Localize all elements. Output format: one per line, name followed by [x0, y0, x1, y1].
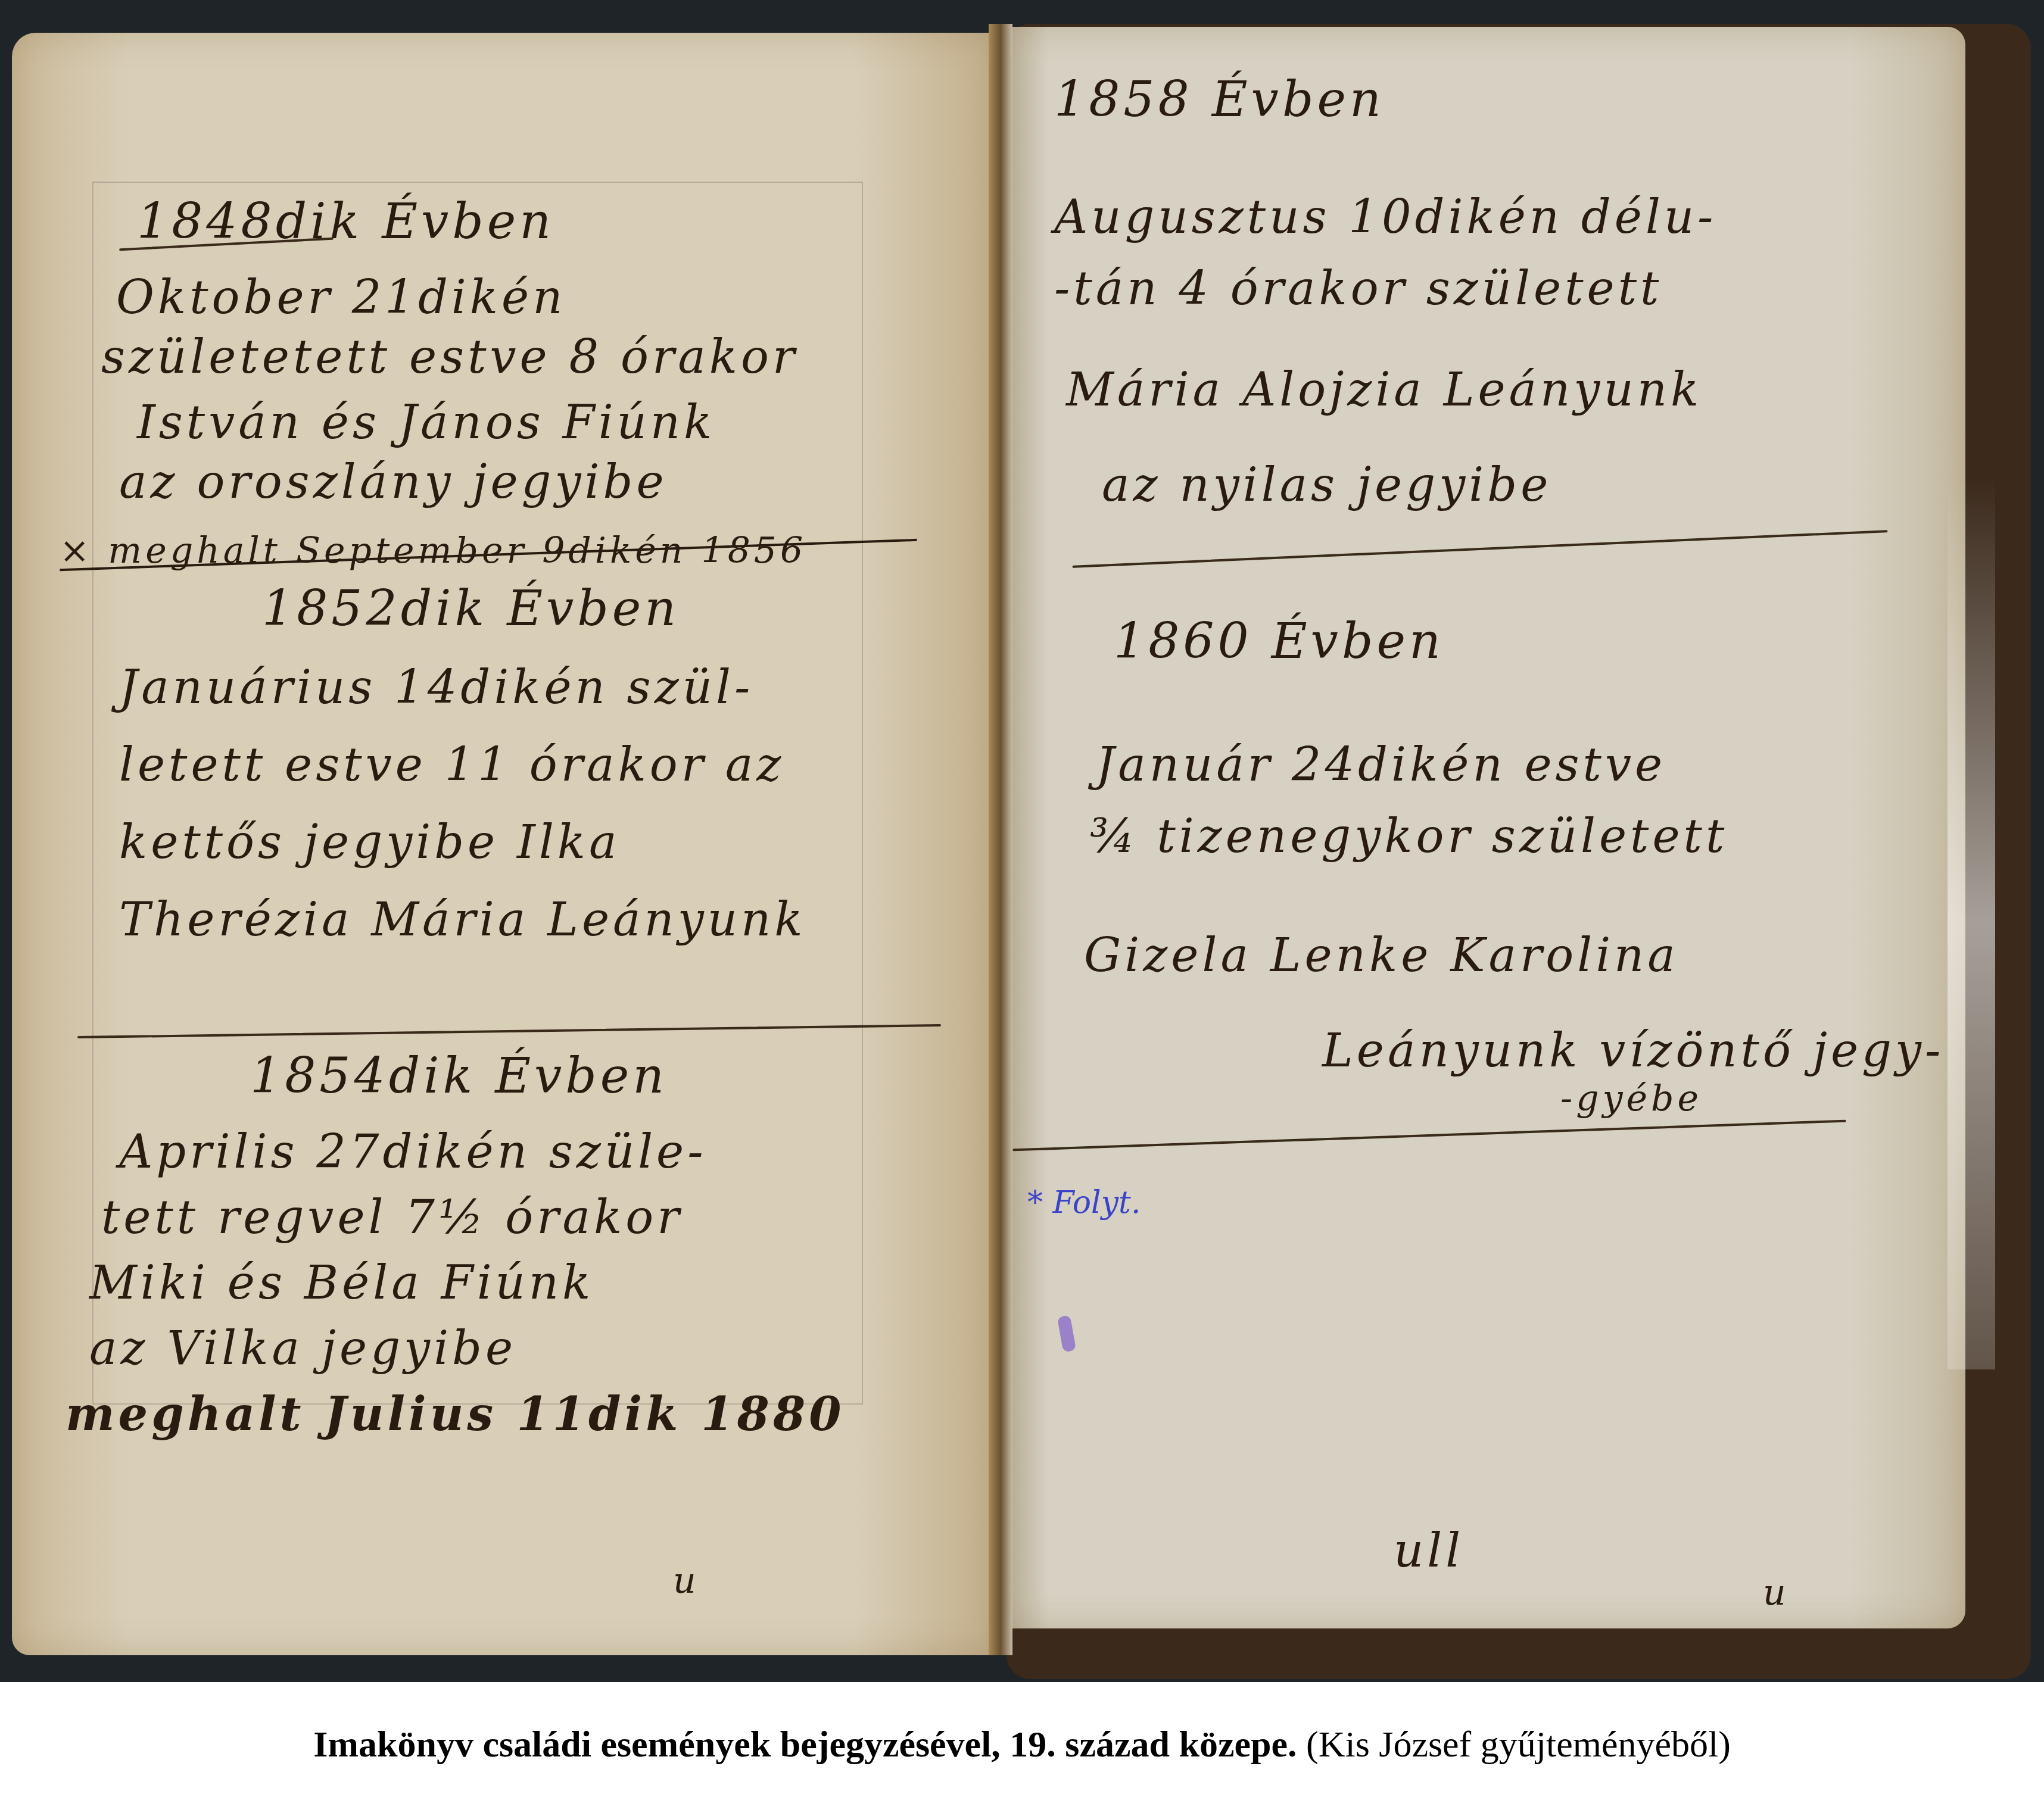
entry-1854-death-note: meghalt Julius 11dik 1880	[66, 1387, 845, 1441]
figure-caption: Imakönyv családi események bejegyzésével…	[0, 1724, 2044, 1766]
right-page-mark: u	[1763, 1572, 1790, 1614]
entry-1860-line: Január 24dikén estve	[1096, 738, 1666, 792]
entry-1858-line: az nyilas jegyibe	[1102, 458, 1551, 512]
entry-1860-line: Leányunk vízöntő jegy-	[1322, 1024, 1944, 1078]
entry-1852-line: kettős jegyibe Ilka	[119, 816, 621, 869]
entry-1848-line: Oktober 21dikén	[116, 271, 566, 324]
entry-1860-line: -gyébe	[1560, 1078, 1702, 1119]
entry-1858-line: Augusztus 10dikén délu-	[1054, 191, 1716, 244]
caption-title: Imakönyv családi események bejegyzésével…	[313, 1724, 1297, 1765]
entry-1854-line: az Vilka jegyibe	[89, 1322, 516, 1375]
entry-1858-heading: 1858 Évben	[1054, 71, 1385, 128]
entry-1852-line: Therézia Mária Leányunk	[119, 893, 806, 947]
entry-1852-line: letett estve 11 órakor az	[119, 738, 784, 792]
entry-1848-heading: 1848dik Évben	[137, 194, 554, 250]
caption-credit: (Kis József gyűjteményéből)	[1306, 1724, 1731, 1765]
entry-1860-line: ¾ tizenegykor született	[1090, 810, 1728, 863]
entry-1854-line: Aprilis 27dikén szüle-	[119, 1125, 707, 1179]
entry-1854-heading: 1854dik Évben	[250, 1048, 668, 1104]
entry-1860-heading: 1860 Évben	[1114, 613, 1444, 670]
entry-1848-line: az oroszlány jegyibe	[119, 455, 668, 509]
entry-1858-line: -tán 4 órakor született	[1054, 262, 1662, 316]
entry-1852-heading: 1852dik Évben	[262, 581, 680, 637]
right-page-mark: ull	[1394, 1524, 1464, 1578]
book-photograph: 1848dik Évben Oktober 21dikén születetet…	[0, 0, 2044, 1682]
entry-1854-line: tett regvel 7½ órakor	[101, 1191, 683, 1244]
entry-1848-line: István és János Fiúnk	[137, 396, 715, 450]
entry-1860-line: Gizela Lenke Karolina	[1084, 929, 1679, 982]
entry-1852-line: Januárius 14dikén szül-	[119, 661, 753, 714]
repair-tape	[1948, 476, 1995, 1369]
blue-pencil-note: * Folyt.	[1027, 1185, 1141, 1221]
entry-1854-line: Miki és Béla Fiúnk	[89, 1256, 594, 1310]
entry-1848-line: születetett estve 8 órakor	[101, 330, 798, 384]
entry-1858-line: Mária Alojzia Leányunk	[1066, 363, 1702, 417]
book-spine-gutter	[989, 24, 1012, 1655]
left-page-mark: u	[673, 1560, 700, 1602]
